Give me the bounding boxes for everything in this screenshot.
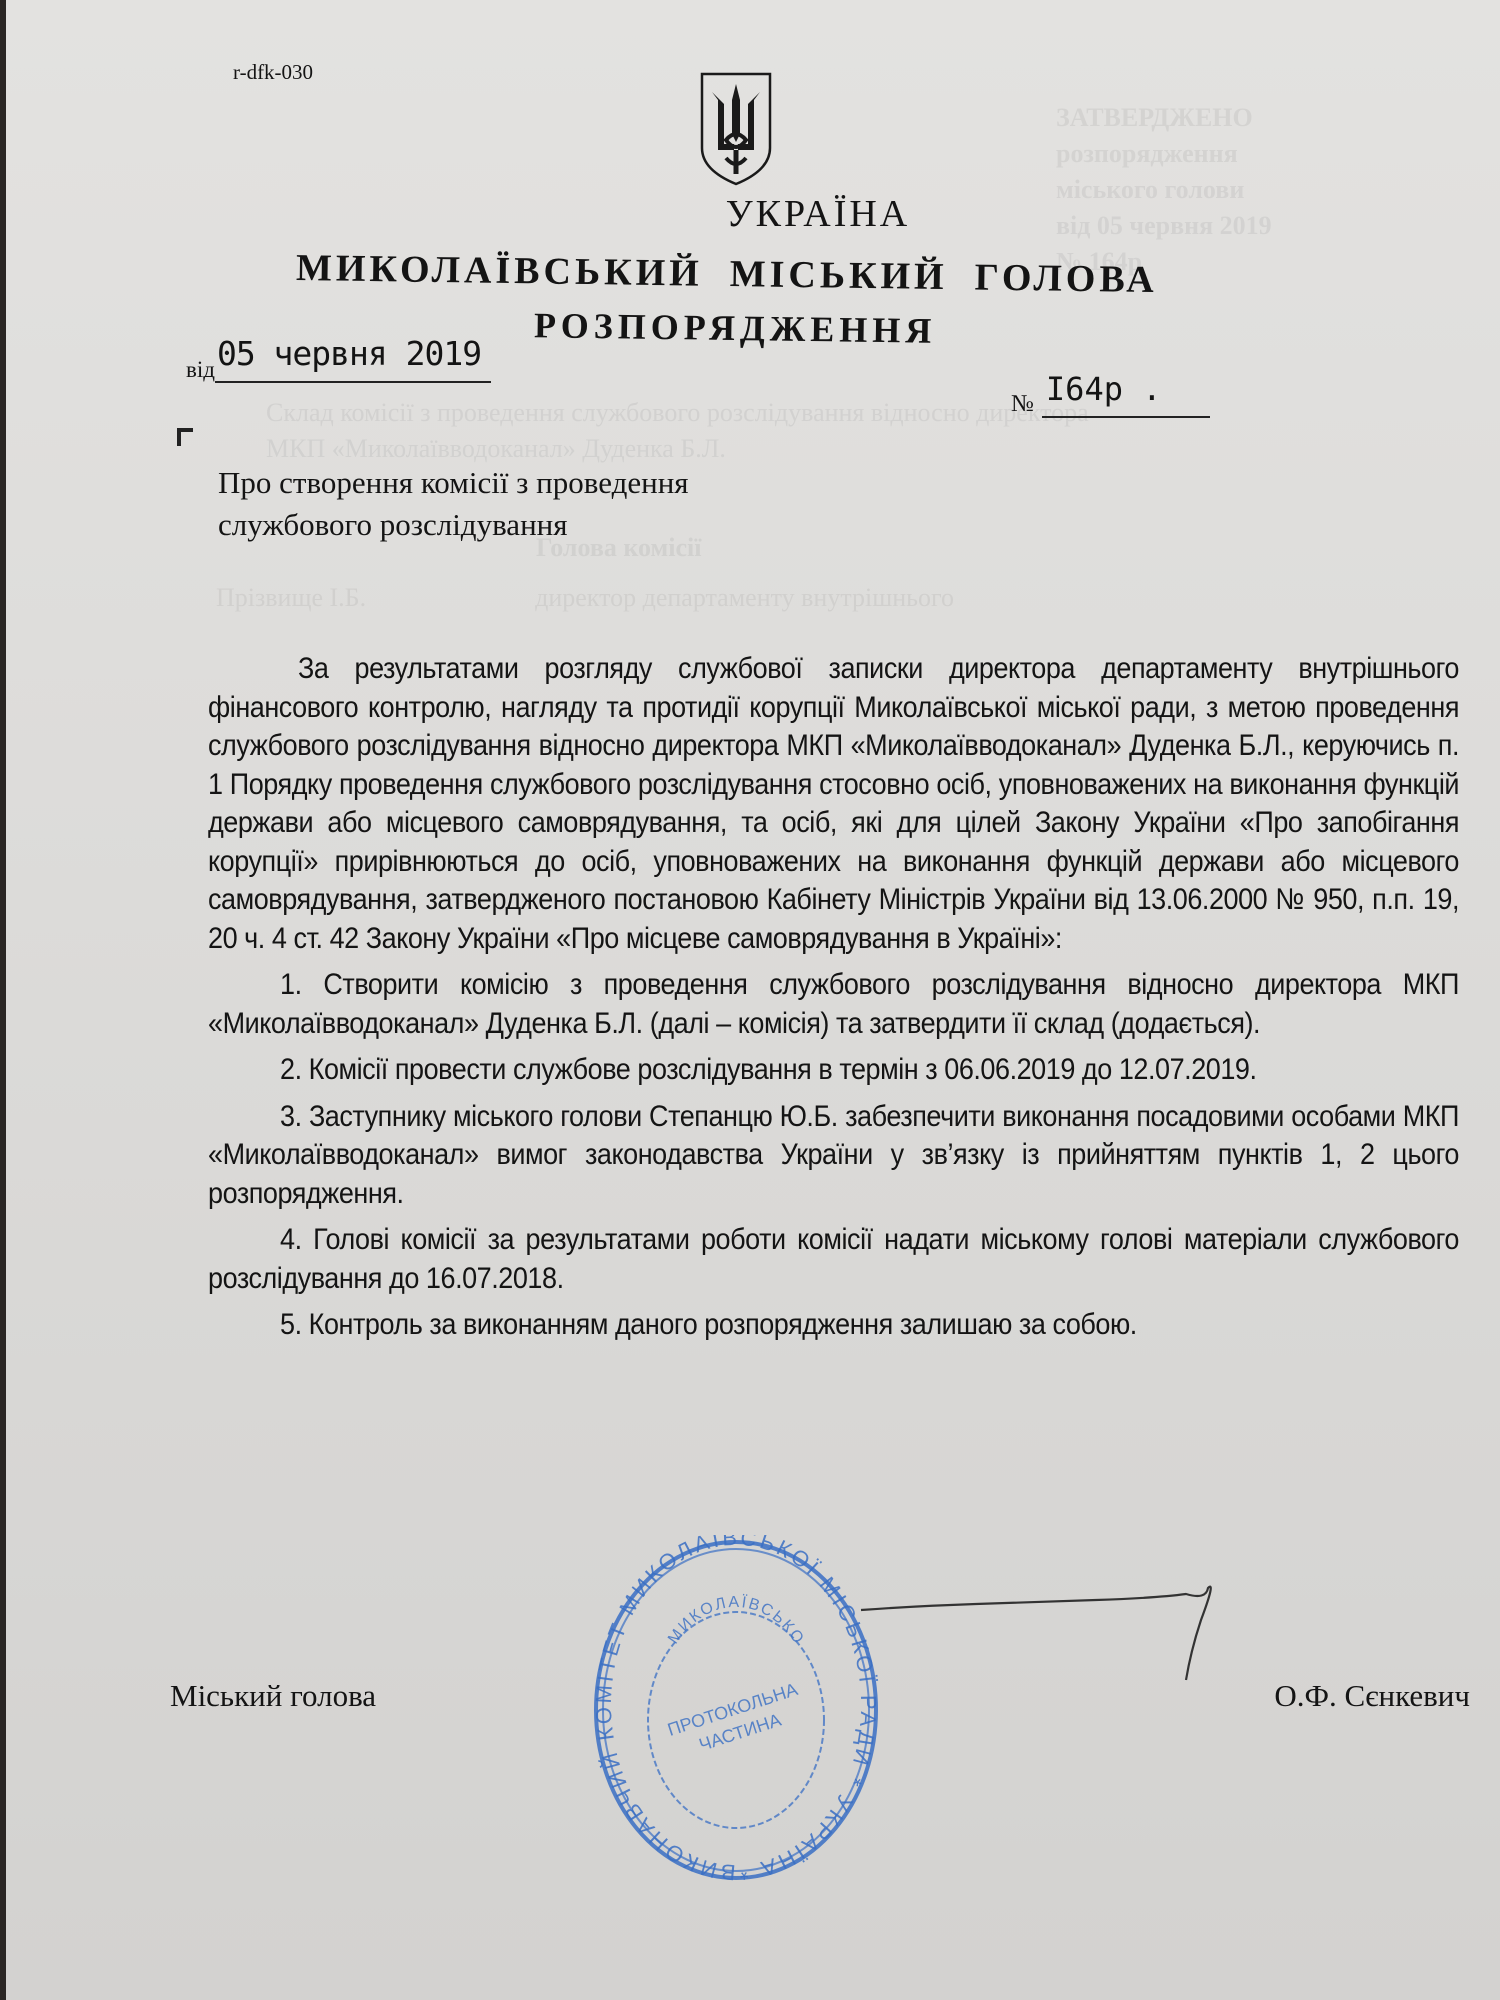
document-page: ЗАТВЕРДЖЕНОрозпорядженняміського головив… — [6, 0, 1500, 2000]
signatory-name: О.Ф. Сєнкевич — [1274, 1678, 1470, 1714]
order-item: 5. Контроль за виконанням даного розпоря… — [208, 1306, 1459, 1345]
number-value: І64р . — [1042, 370, 1210, 418]
number-prefix: № — [1011, 391, 1034, 417]
corner-mark — [177, 428, 193, 446]
coat-of-arms-icon — [696, 70, 776, 188]
document-code: r-dfk-030 — [233, 60, 313, 85]
bleed-through-text: Склад комісії з проведення службового ро… — [266, 395, 1416, 467]
order-item: 1. Створити комісію з проведення службов… — [208, 966, 1459, 1043]
order-item: 2. Комісії провести службове розслідуван… — [208, 1051, 1459, 1090]
issuer-heading: МИКОЛАЇВСЬКИЙ МІСЬКИЙ ГОЛОВА — [296, 246, 1158, 302]
subject-line: службового розслідування — [218, 504, 689, 546]
country-heading: УКРАЇНА — [6, 192, 1500, 236]
preamble: За результатами розгляду службової запис… — [208, 650, 1459, 958]
date-value: 05 червня 2019 — [215, 334, 491, 383]
bleed-through-text: ЗАТВЕРДЖЕНОрозпорядженняміського головив… — [1056, 100, 1436, 280]
order-item: 4. Голові комісії за результатами роботи… — [208, 1221, 1459, 1298]
signatory-title: Міський голова — [170, 1678, 376, 1714]
number-field: №І64р . — [1011, 370, 1210, 418]
signature — [856, 1580, 1276, 1700]
subject: Про створення комісії з проведення служб… — [218, 462, 689, 546]
order-item: 3. Заступнику міського голови Степанцю Ю… — [208, 1098, 1459, 1214]
document-type-heading: РОЗПОРЯДЖЕННЯ — [534, 304, 937, 352]
date-prefix: від — [186, 357, 215, 382]
subject-line: Про створення комісії з проведення — [218, 462, 689, 504]
document-body: За результатами розгляду службової запис… — [208, 650, 1459, 1345]
bleed-through-text: Прізвище І.Б. директор департаменту внут… — [216, 580, 1456, 616]
official-stamp: ВИКОНАВЧИЙ КОМІТЕТ МИКОЛАЇВСЬКОЇ МІСЬКОЇ… — [586, 1535, 886, 1895]
date-field: від05 червня 2019 — [186, 334, 491, 383]
